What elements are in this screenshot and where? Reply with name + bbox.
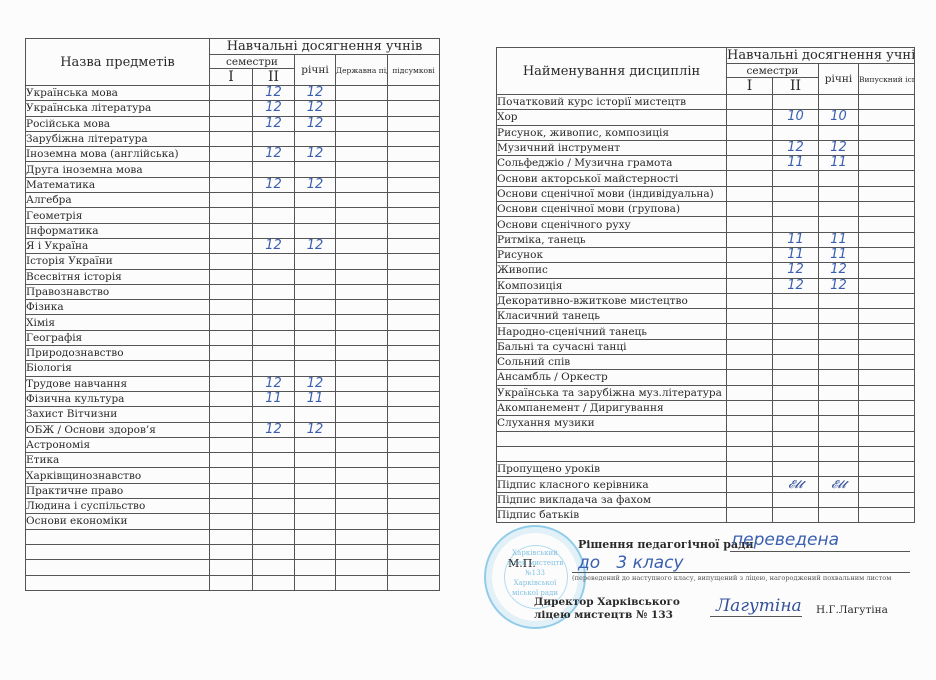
empty-cell bbox=[859, 278, 915, 293]
subject-cell: Сольний спів bbox=[497, 355, 727, 370]
annual-grade bbox=[295, 529, 336, 544]
annual-grade bbox=[819, 431, 859, 446]
table-row: Хімія bbox=[26, 315, 440, 330]
table-row: Українська мова1212 bbox=[26, 86, 440, 101]
semester-1-grade bbox=[210, 514, 253, 529]
empty-cell bbox=[859, 355, 915, 370]
annual-grade bbox=[819, 95, 859, 110]
subject-cell: Хімія bbox=[26, 315, 210, 330]
empty-cell bbox=[859, 462, 915, 477]
semester-2-header: II bbox=[773, 78, 819, 95]
empty-cell bbox=[388, 300, 440, 315]
table-row: Історія України bbox=[26, 254, 440, 269]
semester-1-grade bbox=[727, 477, 773, 492]
empty-cell bbox=[336, 315, 388, 330]
director-signature: Лагутіна bbox=[716, 596, 802, 616]
semester-2-grade: 12 bbox=[253, 422, 295, 437]
subject-cell: Музичний інструмент bbox=[497, 140, 727, 155]
table-row: Акомпанемент / Диригування bbox=[497, 400, 915, 415]
empty-cell bbox=[388, 177, 440, 192]
semester-2-grade bbox=[253, 544, 295, 559]
semester-2-grade bbox=[253, 499, 295, 514]
subject-cell: Історія України bbox=[26, 254, 210, 269]
semester-2-grade bbox=[773, 492, 819, 507]
empty-cell bbox=[859, 293, 915, 308]
semester-2-grade bbox=[773, 293, 819, 308]
semester-1-grade bbox=[210, 483, 253, 498]
semester-2-grade: 12 bbox=[773, 263, 819, 278]
director-title-line-1: Директор Харківського bbox=[534, 596, 680, 608]
table-row: Географія bbox=[26, 330, 440, 345]
empty-cell bbox=[336, 468, 388, 483]
annual-grade: 12 bbox=[819, 140, 859, 155]
empty-cell bbox=[336, 116, 388, 131]
decision-handwritten-1: переведена bbox=[732, 530, 839, 550]
table-row: Основи сценічної мови (індивідуальна) bbox=[497, 186, 915, 201]
subject-cell: Початковий курс історії мистецтв bbox=[497, 95, 727, 110]
empty-cell bbox=[388, 544, 440, 559]
subject-cell: Основи сценічної мови (групова) bbox=[497, 202, 727, 217]
semester-1-grade bbox=[727, 156, 773, 171]
semesters-header: семестри bbox=[210, 55, 295, 69]
empty-cell bbox=[388, 86, 440, 101]
empty-cell bbox=[859, 232, 915, 247]
semester-1-grade bbox=[210, 330, 253, 345]
subject-cell: Алгебра bbox=[26, 193, 210, 208]
semester-1-grade bbox=[210, 300, 253, 315]
semester-1-grade bbox=[210, 223, 253, 238]
semester-2-grade bbox=[253, 468, 295, 483]
empty-cell bbox=[388, 407, 440, 422]
subject-cell: ОБЖ / Основи здоров’я bbox=[26, 422, 210, 437]
semester-1-grade bbox=[727, 263, 773, 278]
subject-cell bbox=[497, 446, 727, 461]
semester-1-grade bbox=[210, 86, 253, 101]
annual-grade: 12 bbox=[295, 147, 336, 162]
semester-2-grade: 12 bbox=[253, 177, 295, 192]
table-row bbox=[497, 446, 915, 461]
empty-cell bbox=[859, 492, 915, 507]
table-row: Живопис1212 bbox=[497, 263, 915, 278]
table-row: Декоративно-вжиткове мистецтво bbox=[497, 293, 915, 308]
table-row: Російська мова1212 bbox=[26, 116, 440, 131]
semester-2-grade bbox=[773, 370, 819, 385]
annual-grade bbox=[819, 370, 859, 385]
semester-1-grade bbox=[727, 202, 773, 217]
council-decision-label: Рішення педагогічної ради bbox=[578, 538, 754, 551]
seal-label: М.П. bbox=[508, 557, 536, 570]
semester-1-grade bbox=[727, 110, 773, 125]
table-row: Хор1010 bbox=[497, 110, 915, 125]
empty-cell bbox=[388, 193, 440, 208]
director-title-line-2: ліцею мистецтв № 133 bbox=[534, 609, 673, 621]
table-row: Астрономія bbox=[26, 437, 440, 452]
semester-1-grade bbox=[210, 346, 253, 361]
annual-grade: 10 bbox=[819, 110, 859, 125]
semester-2-grade: 10 bbox=[773, 110, 819, 125]
annual-grade bbox=[819, 125, 859, 140]
subject-cell: Астрономія bbox=[26, 437, 210, 452]
semester-2-grade bbox=[253, 575, 295, 590]
empty-cell bbox=[336, 391, 388, 406]
table-row: Математика1212 bbox=[26, 177, 440, 192]
right-grades-table: Найменування дисциплін Навчальні досягне… bbox=[496, 47, 915, 523]
semester-1-grade bbox=[210, 468, 253, 483]
annual-grade bbox=[819, 171, 859, 186]
semester-1-grade bbox=[727, 309, 773, 324]
director-signature-line bbox=[710, 616, 802, 617]
semester-2-grade: 12 bbox=[253, 101, 295, 116]
semester-1-grade bbox=[727, 508, 773, 523]
semester-1-grade bbox=[210, 177, 253, 192]
table-row: Іноземна мова (англійська)1212 bbox=[26, 147, 440, 162]
empty-cell bbox=[336, 499, 388, 514]
subject-cell: Живопис bbox=[497, 263, 727, 278]
subject-cell: Слухання музики bbox=[497, 416, 727, 431]
annual-grade: 12 bbox=[295, 116, 336, 131]
semester-2-grade: 12 bbox=[253, 376, 295, 391]
teacher-signature: 𝓔𝓵𝓽 bbox=[819, 477, 859, 492]
annual-grade bbox=[295, 544, 336, 559]
semester-1-grade bbox=[210, 391, 253, 406]
subject-cell: Геометрія bbox=[26, 208, 210, 223]
semester-1-grade bbox=[210, 575, 253, 590]
annual-grade bbox=[819, 400, 859, 415]
semester-1-grade bbox=[210, 453, 253, 468]
semester-1-grade bbox=[727, 278, 773, 293]
subject-cell: Трудове навчання bbox=[26, 376, 210, 391]
annual-grade bbox=[295, 254, 336, 269]
empty-cell bbox=[336, 300, 388, 315]
subject-cell: Інформатика bbox=[26, 223, 210, 238]
semester-2-grade bbox=[773, 339, 819, 354]
empty-cell bbox=[859, 309, 915, 324]
empty-cell bbox=[388, 147, 440, 162]
subject-cell: Біологія bbox=[26, 361, 210, 376]
subject-cell: Російська мова bbox=[26, 116, 210, 131]
subject-cell: Іноземна мова (англійська) bbox=[26, 147, 210, 162]
semester-1-grade bbox=[727, 95, 773, 110]
empty-cell bbox=[859, 263, 915, 278]
semester-2-grade bbox=[253, 269, 295, 284]
semester-2-grade bbox=[773, 416, 819, 431]
subject-cell: Математика bbox=[26, 177, 210, 192]
semester-1-grade bbox=[727, 355, 773, 370]
empty-cell bbox=[336, 514, 388, 529]
table-row: Основи сценічної мови (групова) bbox=[497, 202, 915, 217]
empty-cell bbox=[336, 193, 388, 208]
table-row: Основи сценічного руху bbox=[497, 217, 915, 232]
annual-grade bbox=[819, 446, 859, 461]
table-row: Основи акторської майстерності bbox=[497, 171, 915, 186]
semester-2-grade bbox=[253, 361, 295, 376]
annual-grade bbox=[819, 462, 859, 477]
empty-cell bbox=[336, 254, 388, 269]
semester-1-grade bbox=[210, 208, 253, 223]
semester-1-grade bbox=[727, 339, 773, 354]
semester-2-grade bbox=[253, 453, 295, 468]
semester-1-grade bbox=[727, 370, 773, 385]
table-row: Основи економіки bbox=[26, 514, 440, 529]
table-row: Бальні та сучасні танці bbox=[497, 339, 915, 354]
annual-grade bbox=[295, 453, 336, 468]
subject-cell: Основи акторської майстерності bbox=[497, 171, 727, 186]
subject-cell: Композиція bbox=[497, 278, 727, 293]
subject-cell: Основи економіки bbox=[26, 514, 210, 529]
semester-2-grade bbox=[253, 437, 295, 452]
annual-grade: 11 bbox=[819, 232, 859, 247]
teacher-signature: 𝓔𝓵𝓽 bbox=[773, 477, 819, 492]
empty-cell bbox=[388, 499, 440, 514]
annual-grade bbox=[295, 330, 336, 345]
discipline-column-header: Найменування дисциплін bbox=[497, 48, 727, 95]
subject-cell: Українська література bbox=[26, 101, 210, 116]
annual-grade bbox=[819, 293, 859, 308]
subject-cell: Рисунок bbox=[497, 247, 727, 262]
annual-grade bbox=[295, 407, 336, 422]
table-row: Я і Україна1212 bbox=[26, 238, 440, 253]
table-row: Підпис класного керівника𝓔𝓵𝓽𝓔𝓵𝓽 bbox=[497, 477, 915, 492]
annual-grade bbox=[295, 193, 336, 208]
semester-1-grade bbox=[210, 361, 253, 376]
table-row: Друга іноземна мова bbox=[26, 162, 440, 177]
annual-grade: 12 bbox=[295, 422, 336, 437]
annual-grade bbox=[295, 300, 336, 315]
decision-handwritten-2: до 3 класу bbox=[578, 553, 684, 573]
semester-2-grade bbox=[773, 508, 819, 523]
semester-1-grade bbox=[727, 217, 773, 232]
subject-cell: Акомпанемент / Диригування bbox=[497, 400, 727, 415]
table-row: Інформатика bbox=[26, 223, 440, 238]
semester-2-grade: 12 bbox=[253, 238, 295, 253]
semester-2-grade bbox=[253, 560, 295, 575]
subject-cell: Основи сценічної мови (індивідуальна) bbox=[497, 186, 727, 201]
empty-cell bbox=[388, 529, 440, 544]
empty-cell bbox=[336, 177, 388, 192]
table-row: Фізична культура1111 bbox=[26, 391, 440, 406]
semester-2-grade bbox=[253, 407, 295, 422]
subject-cell: Народно-сценічний танець bbox=[497, 324, 727, 339]
semester-1-grade bbox=[210, 560, 253, 575]
empty-cell bbox=[388, 330, 440, 345]
annual-grade bbox=[819, 186, 859, 201]
semester-1-grade bbox=[727, 400, 773, 415]
achievements-header: Навчальні досягнення учнів bbox=[210, 39, 440, 55]
subject-cell: Рисунок, живопис, композиція bbox=[497, 125, 727, 140]
table-row: Всесвітня історія bbox=[26, 269, 440, 284]
empty-cell bbox=[336, 376, 388, 391]
annual-grade bbox=[819, 416, 859, 431]
table-row: Українська література1212 bbox=[26, 101, 440, 116]
semester-2-grade bbox=[253, 131, 295, 146]
empty-cell bbox=[336, 147, 388, 162]
semester-2-grade bbox=[253, 315, 295, 330]
semester-1-grade bbox=[727, 125, 773, 140]
semester-1-grade bbox=[210, 499, 253, 514]
subject-cell: Пропущено уроків bbox=[497, 462, 727, 477]
semester-1-grade bbox=[210, 315, 253, 330]
semester-2-grade bbox=[773, 202, 819, 217]
semester-1-grade bbox=[727, 462, 773, 477]
empty-cell bbox=[336, 529, 388, 544]
semester-2-grade: 12 bbox=[253, 116, 295, 131]
empty-cell bbox=[388, 560, 440, 575]
semester-2-grade bbox=[253, 529, 295, 544]
subject-cell: Декоративно-вжиткове мистецтво bbox=[497, 293, 727, 308]
subject-cell: Підпис викладача за фахом bbox=[497, 492, 727, 507]
table-row: Музичний інструмент1212 bbox=[497, 140, 915, 155]
subject-cell: Основи сценічного руху bbox=[497, 217, 727, 232]
annual-grade bbox=[295, 468, 336, 483]
annual-grade bbox=[295, 575, 336, 590]
semester-1-grade bbox=[727, 232, 773, 247]
annual-grade bbox=[295, 269, 336, 284]
annual-grade: 12 bbox=[819, 263, 859, 278]
subject-cell: Я і Україна bbox=[26, 238, 210, 253]
annual-grade bbox=[295, 284, 336, 299]
empty-cell bbox=[388, 422, 440, 437]
annual-grade bbox=[819, 492, 859, 507]
table-row: Підпис викладача за фахом bbox=[497, 492, 915, 507]
left-grades-table: Назва предметів Навчальні досягнення учн… bbox=[25, 38, 440, 591]
subject-cell: Ансамбль / Оркестр bbox=[497, 370, 727, 385]
empty-cell bbox=[859, 186, 915, 201]
subject-cell: Підпис батьків bbox=[497, 508, 727, 523]
semester-2-grade bbox=[253, 284, 295, 299]
annual-grade: 12 bbox=[295, 376, 336, 391]
annual-grade bbox=[295, 131, 336, 146]
annual-grade bbox=[819, 202, 859, 217]
empty-cell bbox=[388, 346, 440, 361]
table-row: Практичне право bbox=[26, 483, 440, 498]
semester-2-grade bbox=[773, 431, 819, 446]
annual-grade bbox=[819, 339, 859, 354]
annual-grade bbox=[819, 508, 859, 523]
semester-2-grade bbox=[773, 324, 819, 339]
annual-grade: 11 bbox=[819, 156, 859, 171]
semester-1-header: I bbox=[727, 78, 773, 95]
empty-cell bbox=[388, 468, 440, 483]
semester-2-grade bbox=[253, 514, 295, 529]
semester-1-grade bbox=[727, 324, 773, 339]
semester-1-header: I bbox=[210, 69, 253, 86]
subject-cell bbox=[26, 560, 210, 575]
annual-grade bbox=[295, 315, 336, 330]
semester-2-grade: 11 bbox=[773, 156, 819, 171]
empty-cell bbox=[336, 575, 388, 590]
semester-2-grade bbox=[773, 462, 819, 477]
semester-2-grade bbox=[773, 400, 819, 415]
semester-2-grade bbox=[773, 355, 819, 370]
semester-2-grade bbox=[253, 254, 295, 269]
empty-cell bbox=[859, 370, 915, 385]
semester-1-grade bbox=[210, 162, 253, 177]
empty-cell bbox=[388, 131, 440, 146]
semester-1-grade bbox=[727, 140, 773, 155]
subject-cell: Географія bbox=[26, 330, 210, 345]
semester-1-grade bbox=[210, 376, 253, 391]
empty-cell bbox=[388, 376, 440, 391]
empty-cell bbox=[859, 247, 915, 262]
achievements-header: Навчальні досягнення учнів bbox=[727, 48, 915, 64]
director-name: Н.Г.Лагутіна bbox=[816, 604, 888, 616]
semester-2-grade bbox=[773, 446, 819, 461]
semester-2-grade bbox=[773, 217, 819, 232]
semester-1-grade bbox=[210, 407, 253, 422]
annual-grade bbox=[295, 361, 336, 376]
semester-2-grade bbox=[253, 330, 295, 345]
subject-column-header: Назва предметів bbox=[26, 39, 210, 86]
subject-cell bbox=[26, 544, 210, 559]
subject-cell: Захист Вітчизни bbox=[26, 407, 210, 422]
annual-grade bbox=[295, 483, 336, 498]
semester-2-grade bbox=[773, 186, 819, 201]
table-row: Етика bbox=[26, 453, 440, 468]
annual-grade bbox=[819, 217, 859, 232]
empty-cell bbox=[859, 156, 915, 171]
table-row bbox=[26, 560, 440, 575]
semester-1-grade bbox=[210, 101, 253, 116]
decision-hint: (переведений до наступного класу, випуще… bbox=[572, 574, 891, 582]
table-row: Підпис батьків bbox=[497, 508, 915, 523]
empty-cell bbox=[388, 269, 440, 284]
annual-grade: 12 bbox=[295, 101, 336, 116]
annual-grade bbox=[295, 514, 336, 529]
empty-cell bbox=[859, 416, 915, 431]
annual-grade bbox=[295, 437, 336, 452]
table-row: Фізика bbox=[26, 300, 440, 315]
subject-cell: Фізика bbox=[26, 300, 210, 315]
empty-cell bbox=[388, 254, 440, 269]
semester-1-grade bbox=[210, 529, 253, 544]
annual-grade: 12 bbox=[295, 238, 336, 253]
subject-cell: Українська мова bbox=[26, 86, 210, 101]
semester-2-grade bbox=[253, 346, 295, 361]
semester-2-grade: 11 bbox=[773, 247, 819, 262]
semester-2-grade: 11 bbox=[773, 232, 819, 247]
semester-2-grade bbox=[773, 95, 819, 110]
table-row: Сольний спів bbox=[497, 355, 915, 370]
empty-cell bbox=[336, 223, 388, 238]
empty-cell bbox=[336, 453, 388, 468]
semester-1-grade bbox=[727, 492, 773, 507]
table-row: Пропущено уроків bbox=[497, 462, 915, 477]
semester-2-grade: 12 bbox=[253, 147, 295, 162]
semester-1-grade bbox=[727, 416, 773, 431]
table-row: Геометрія bbox=[26, 208, 440, 223]
empty-cell bbox=[336, 544, 388, 559]
table-row: Рисунок1111 bbox=[497, 247, 915, 262]
empty-cell bbox=[859, 125, 915, 140]
empty-cell bbox=[336, 101, 388, 116]
empty-cell bbox=[336, 560, 388, 575]
semester-2-grade: 12 bbox=[773, 278, 819, 293]
empty-cell bbox=[388, 101, 440, 116]
table-row: Людина і суспільство bbox=[26, 499, 440, 514]
semester-1-grade bbox=[210, 238, 253, 253]
table-row: Алгебра bbox=[26, 193, 440, 208]
empty-cell bbox=[388, 238, 440, 253]
empty-cell bbox=[336, 162, 388, 177]
subject-cell: Правознавство bbox=[26, 284, 210, 299]
table-row: Біологія bbox=[26, 361, 440, 376]
empty-cell bbox=[388, 223, 440, 238]
subject-cell: Українська та зарубіжна муз.література bbox=[497, 385, 727, 400]
annual-grade bbox=[819, 355, 859, 370]
semester-1-grade bbox=[210, 269, 253, 284]
table-row: Слухання музики bbox=[497, 416, 915, 431]
subject-cell: Підпис класного керівника bbox=[497, 477, 727, 492]
